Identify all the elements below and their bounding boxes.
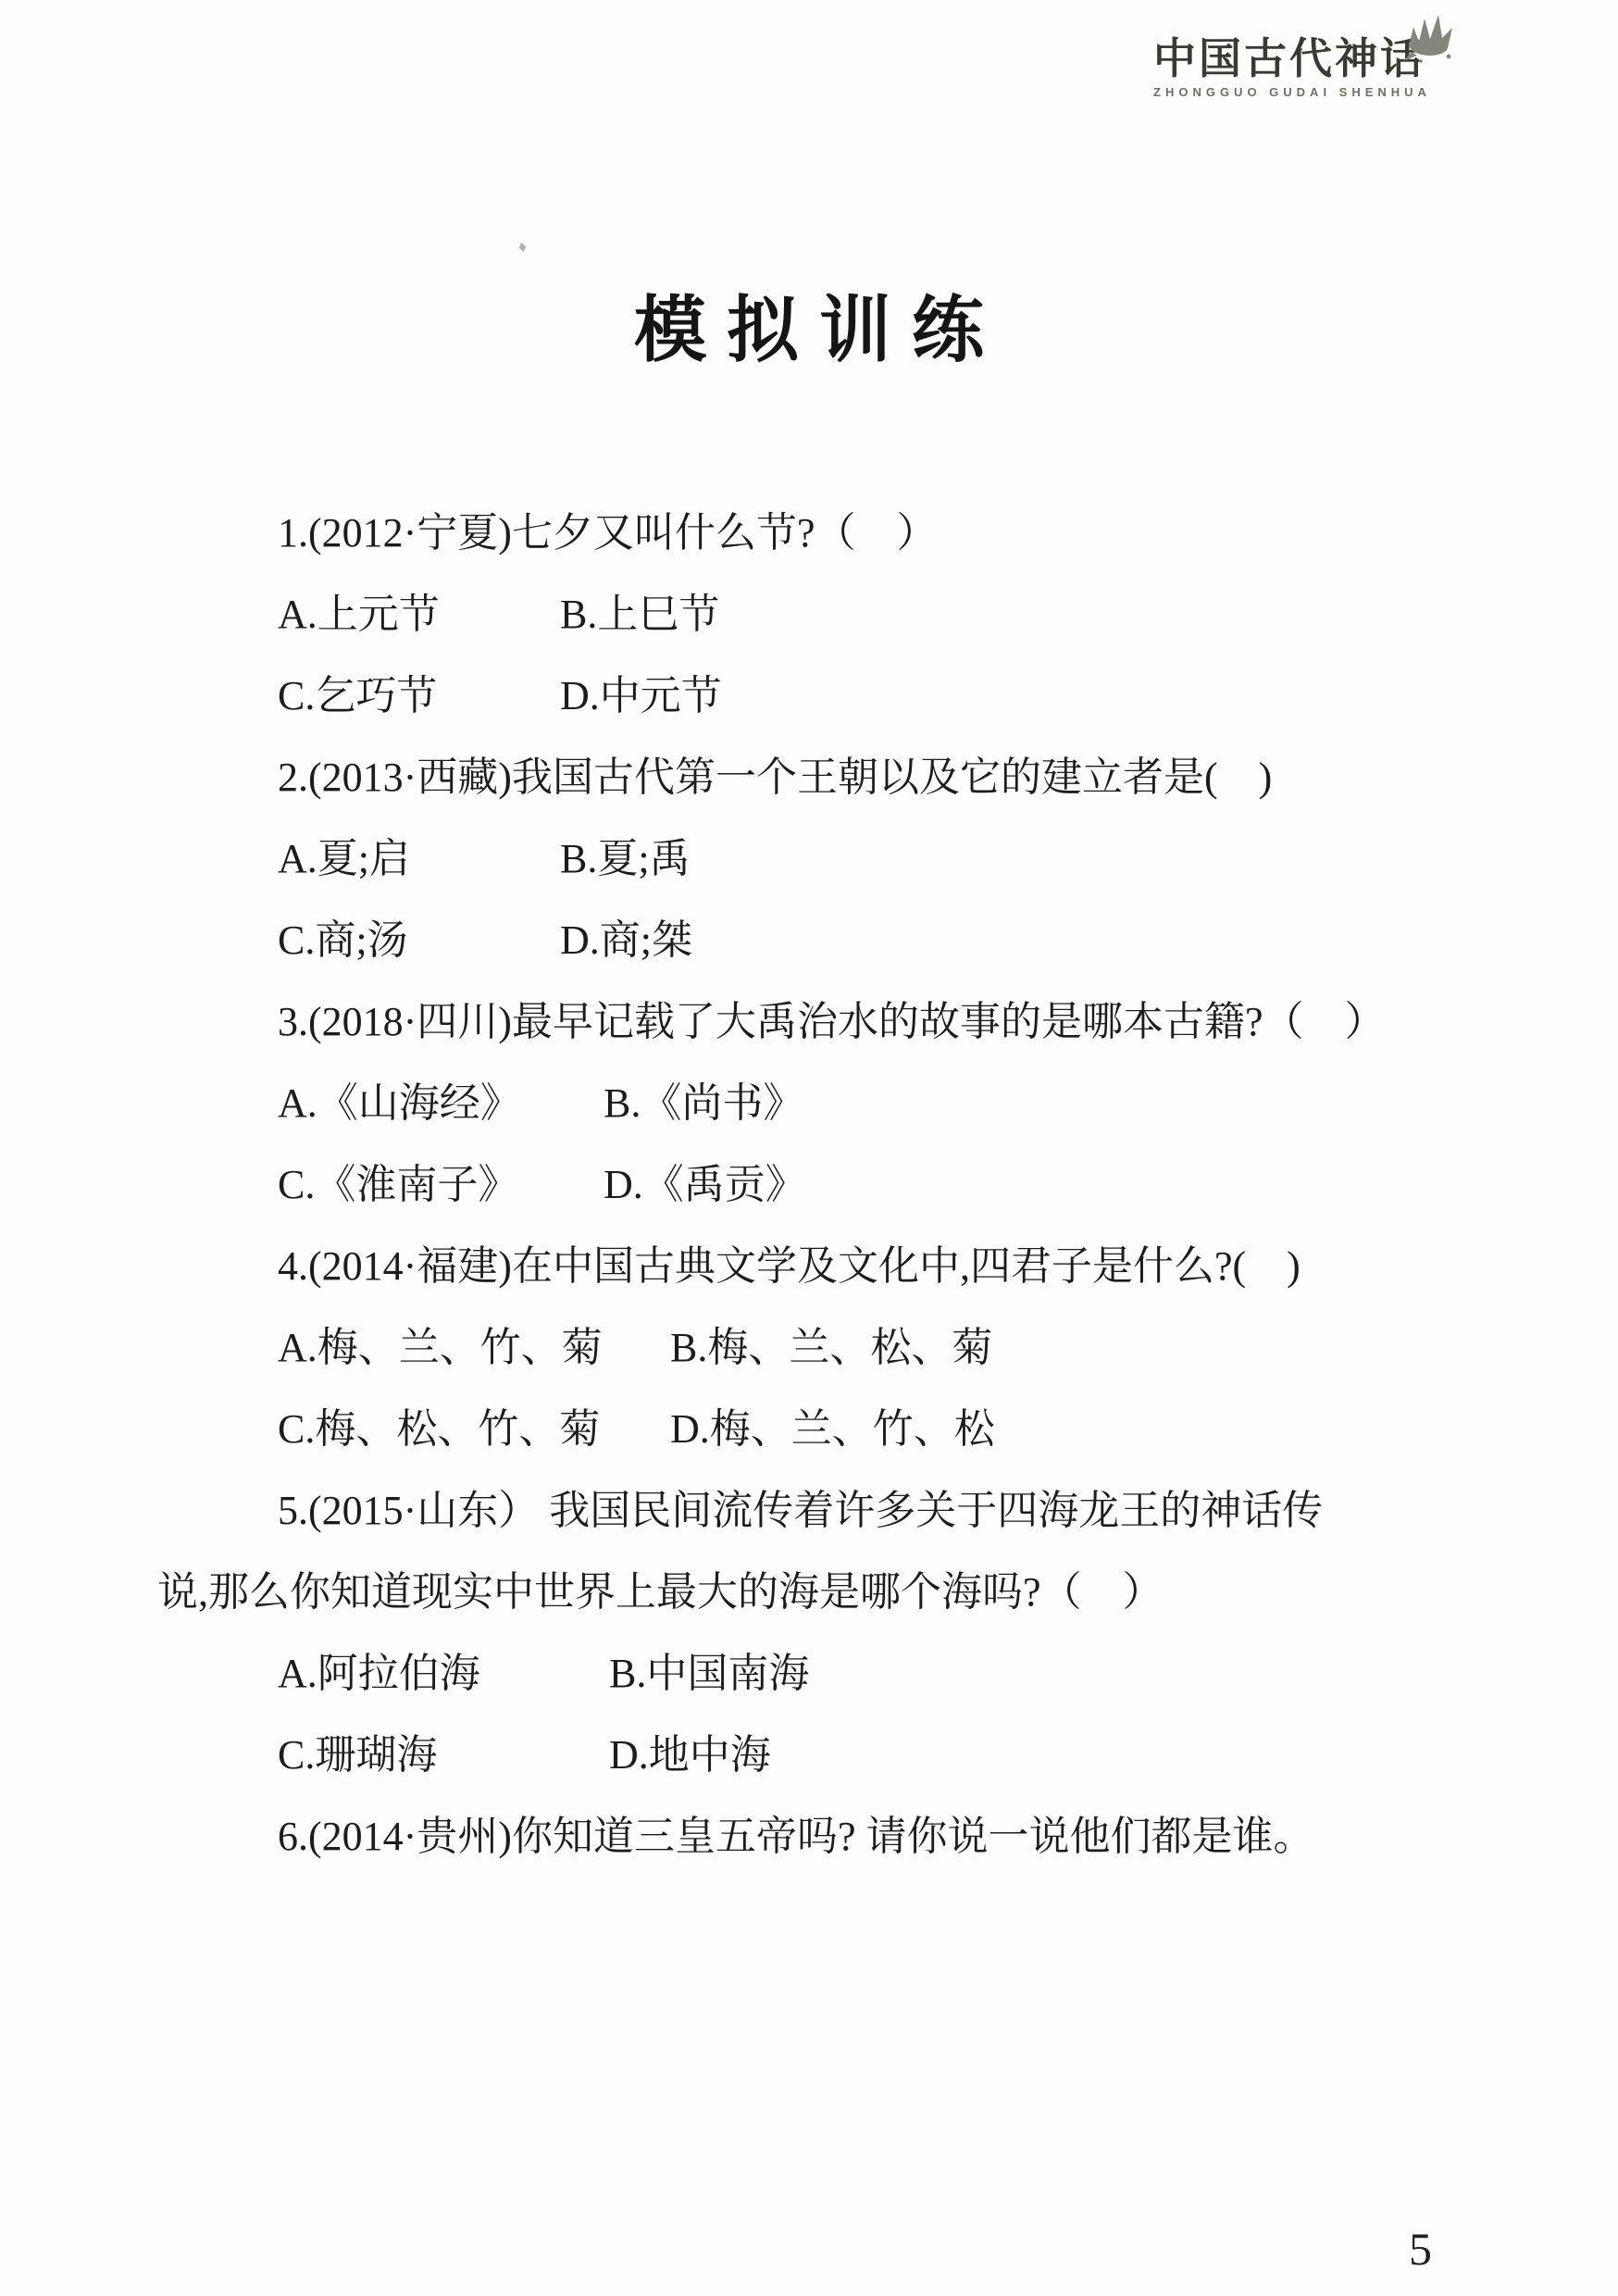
option-c: C.商;汤	[278, 900, 550, 981]
scanned-book-page: 中国古代神话 ZHONGGUO GUDAI SHENHUA 模拟训练 1.(20…	[0, 0, 1618, 2296]
question-2-options-row-2: C.商;汤 D.商;桀	[157, 900, 1468, 981]
option-d: D.商;桀	[560, 900, 692, 981]
option-b: B.上巳节	[560, 574, 719, 655]
option-d: D.梅、兰、竹、松	[670, 1389, 995, 1470]
question-4-stem: 4.(2014·福建)在中国古典文学及文化中,四君子是什么?( )	[157, 1226, 1468, 1307]
question-2-stem: 2.(2013·西藏)我国古代第一个王朝以及它的建立者是( )	[157, 737, 1468, 818]
option-a: A.夏;启	[278, 818, 550, 900]
question-1-options-row-1: A.上元节 B.上巳节	[157, 574, 1468, 655]
question-3-options-row-1: A.《山海经》 B.《尚书》	[157, 1063, 1468, 1144]
question-5-options-row-2: C.珊瑚海 D.地中海	[157, 1715, 1468, 1796]
question-6-stem: 6.(2014·贵州)你知道三皇五帝吗? 请你说一说他们都是谁。	[157, 1796, 1468, 1878]
page-number: 5	[1409, 2222, 1432, 2276]
question-1-stem: 1.(2012·宁夏)七夕又叫什么节?（ ）	[157, 493, 1468, 574]
scan-speck-artifact	[519, 243, 527, 252]
ink-splat-icon	[1400, 13, 1458, 65]
option-b: B.梅、兰、松、菊	[670, 1307, 992, 1389]
header-brand: 中国古代神话 ZHONGGUO GUDAI SHENHUA	[1153, 35, 1424, 99]
question-4-options-row-1: A.梅、兰、竹、菊 B.梅、兰、松、菊	[157, 1307, 1468, 1389]
option-a: A.上元节	[278, 574, 550, 655]
question-2-options-row-1: A.夏;启 B.夏;禹	[157, 818, 1468, 900]
option-b: B.中国南海	[609, 1633, 809, 1715]
question-5-stem-line-1: 5.(2015·山东） 我国民间流传着许多关于四海龙王的神话传	[157, 1470, 1468, 1552]
question-5-stem-line-2: 说,那么你知道现实中世界上最大的海是哪个海吗?（ ）	[157, 1552, 1468, 1633]
option-d: D.地中海	[609, 1715, 771, 1796]
question-3-options-row-2: C.《淮南子》 D.《禹贡》	[157, 1144, 1468, 1226]
option-c: C.梅、松、竹、菊	[278, 1389, 660, 1470]
option-b: B.夏;禹	[560, 818, 691, 900]
option-c: C.乞巧节	[278, 655, 550, 737]
option-a: A.梅、兰、竹、菊	[278, 1307, 660, 1389]
question-5-options-row-1: A.阿拉伯海 B.中国南海	[157, 1633, 1468, 1715]
page-title: 模拟训练	[0, 272, 1618, 376]
option-c: C.珊瑚海	[278, 1715, 599, 1796]
brand-title: 中国古代神话	[1153, 35, 1424, 82]
option-a: A.阿拉伯海	[278, 1633, 599, 1715]
option-d: D.《禹贡》	[604, 1144, 806, 1226]
question-1-options-row-2: C.乞巧节 D.中元节	[157, 655, 1468, 737]
option-c: C.《淮南子》	[278, 1144, 593, 1226]
brand-subtitle: ZHONGGUO GUDAI SHENHUA	[1153, 85, 1424, 99]
question-3-stem: 3.(2018·四川)最早记载了大禹治水的故事的是哪本古籍?（ ）	[157, 981, 1468, 1063]
question-4-options-row-2: C.梅、松、竹、菊 D.梅、兰、竹、松	[157, 1389, 1468, 1470]
option-a: A.《山海经》	[278, 1063, 593, 1144]
question-list: 1.(2012·宁夏)七夕又叫什么节?（ ） A.上元节 B.上巳节 C.乞巧节…	[157, 493, 1468, 1878]
option-d: D.中元节	[560, 655, 722, 737]
option-b: B.《尚书》	[604, 1063, 803, 1144]
